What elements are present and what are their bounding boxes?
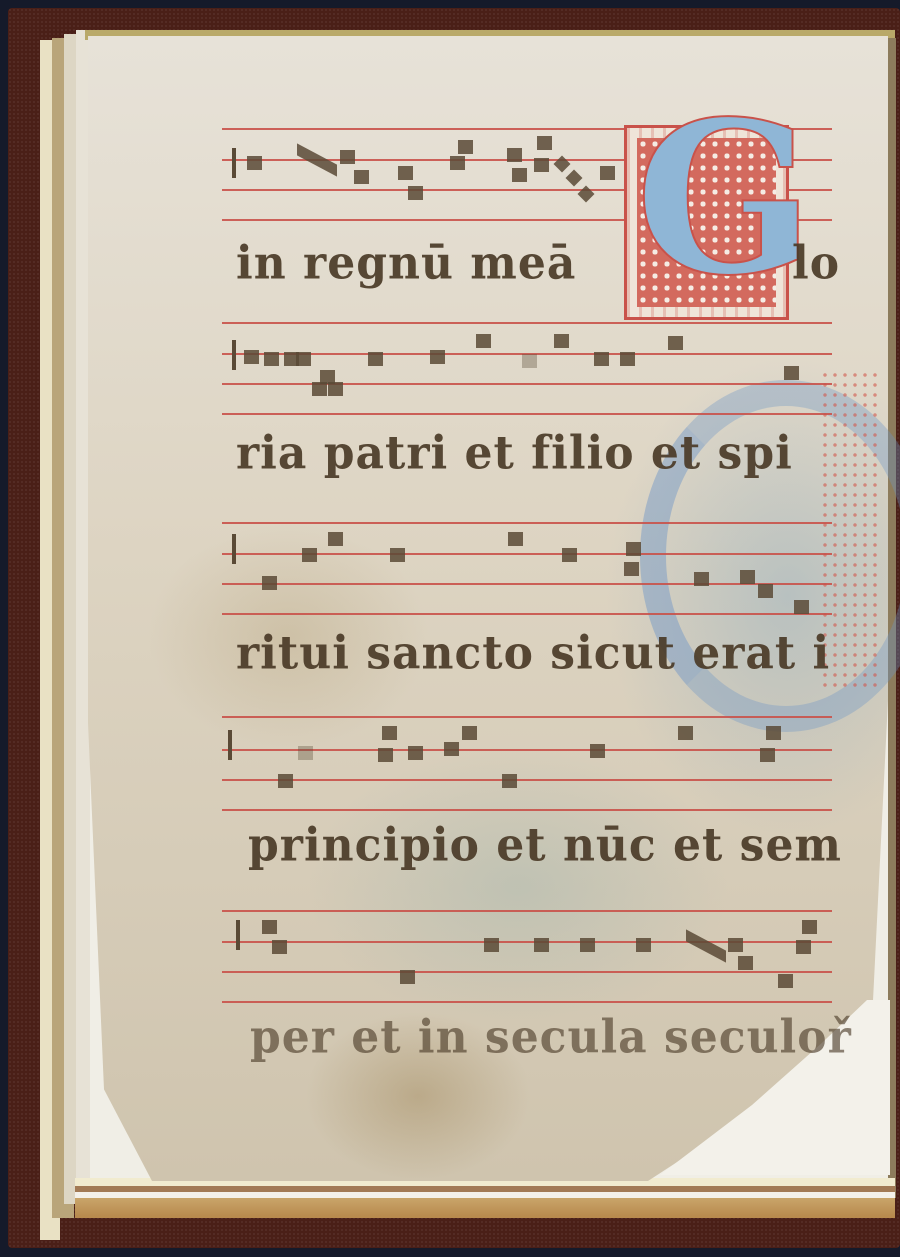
music-staff-2 <box>222 322 832 414</box>
lyric-line-5: per et in secula seculoř <box>250 1011 852 1065</box>
clef-icon <box>228 730 232 760</box>
music-staff-5 <box>222 910 832 1002</box>
clef-icon <box>232 534 236 564</box>
page-stack-bottom <box>75 1178 895 1218</box>
music-staff-3 <box>222 522 832 614</box>
clef-icon <box>236 920 240 950</box>
lyric-line-4: principio et nūc et sem <box>248 819 842 873</box>
lyric-line-1: in regnū meā <box>236 237 576 291</box>
lyric-line-2: ria patri et filio et spi <box>236 427 793 481</box>
initial-continuation: lo <box>792 237 840 291</box>
clef-icon <box>232 148 236 178</box>
illuminated-initial: G <box>624 125 789 320</box>
music-staff-4 <box>222 716 832 808</box>
initial-letter: G <box>635 94 814 304</box>
lyric-line-3: ritui sancto sicut erat i <box>236 627 830 681</box>
clef-icon <box>232 340 236 370</box>
